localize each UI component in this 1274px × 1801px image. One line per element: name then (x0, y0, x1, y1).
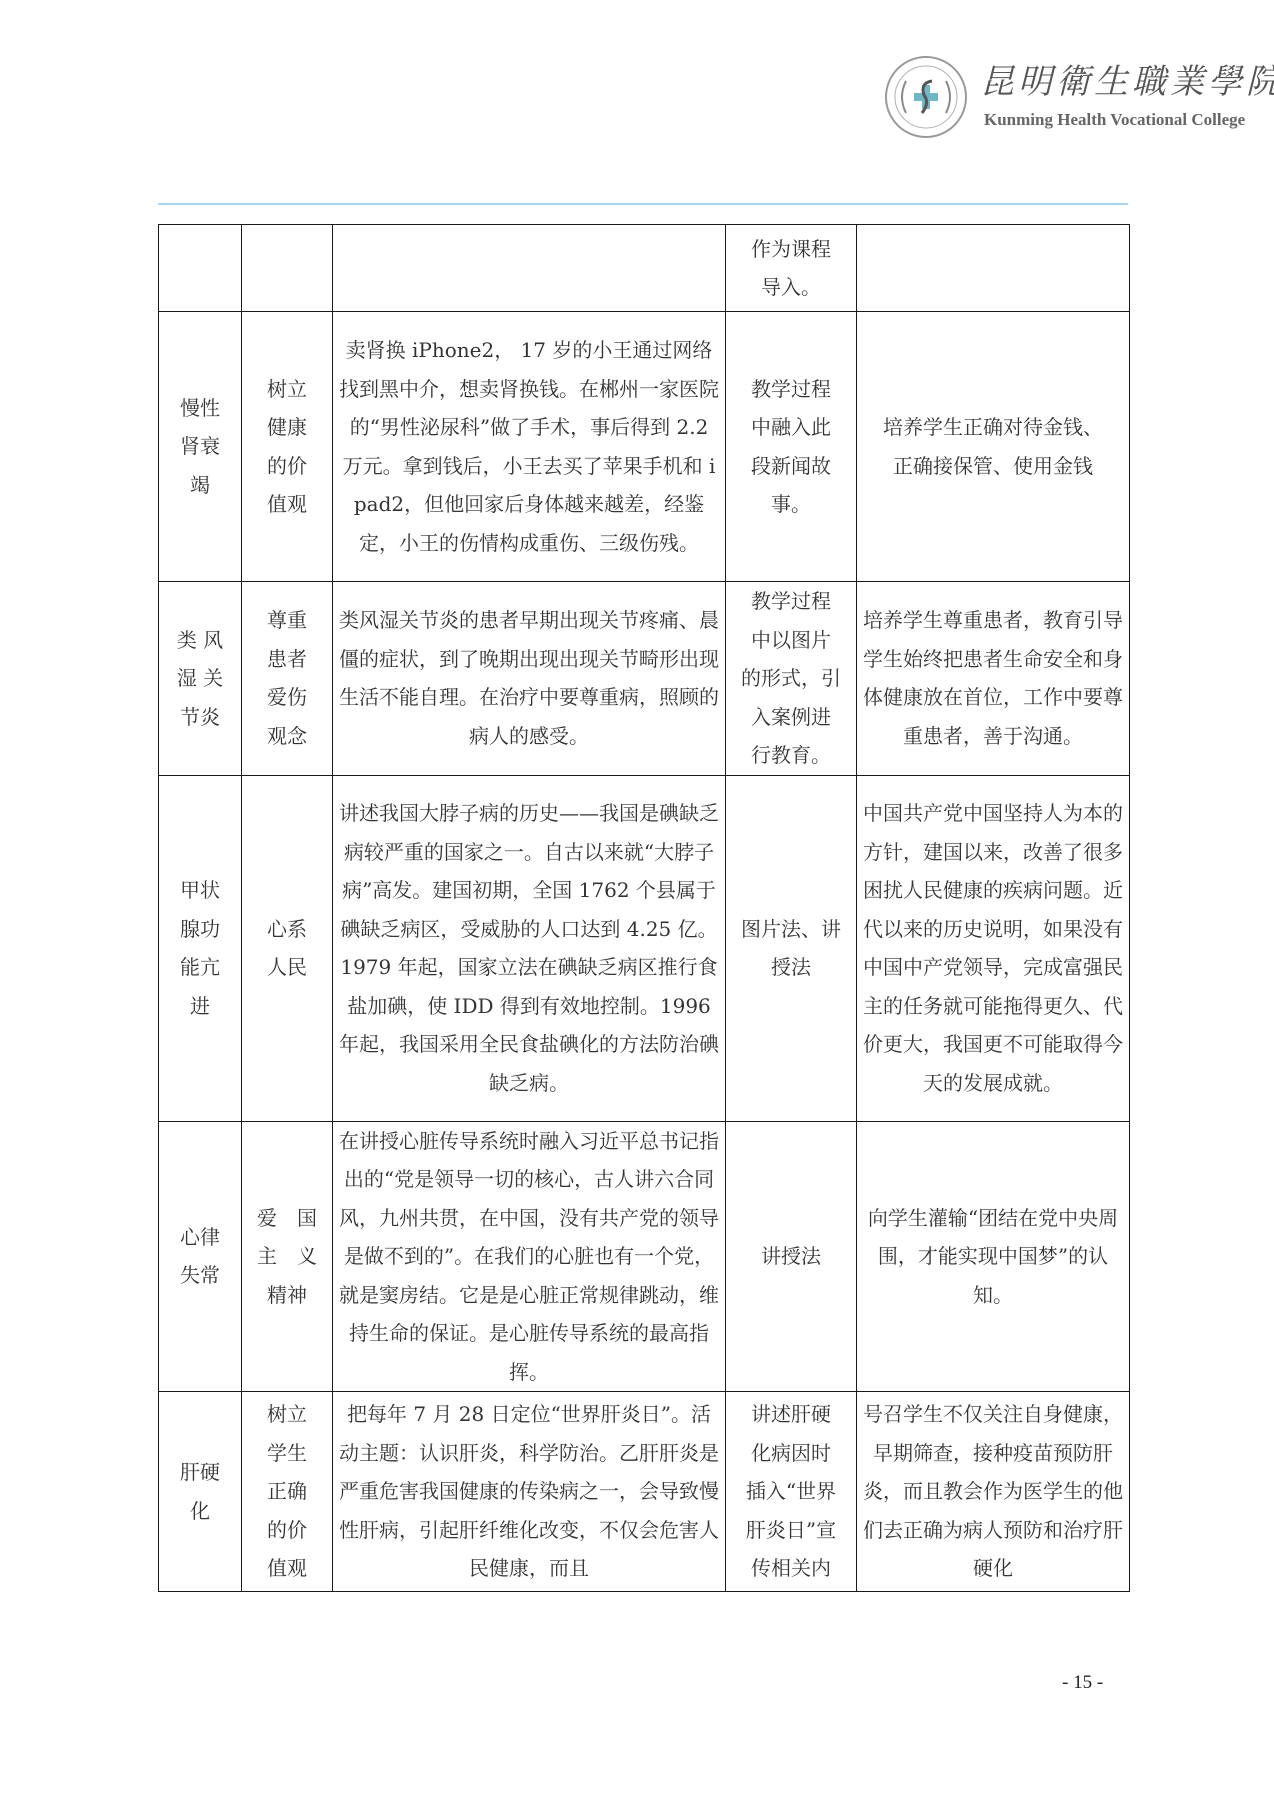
goal-cell: 培养学生尊重患者，教育引导学生始终把患者生命安全和身体健康放在首位，工作中要尊重… (857, 582, 1130, 776)
page-number: - 15 - (1062, 1672, 1103, 1694)
content-cell: 卖肾换 iPhone2， 17 岁的小王通过网络找到黑中介，想卖肾换钱。在郴州一… (333, 312, 726, 582)
element-cell: 树立 健康 的价 值观 (242, 312, 333, 582)
content-cell: 类风湿关节炎的患者早期出现关节疼痛、晨僵的症状，到了晚期出现出现关节畸形出现生活… (333, 582, 726, 776)
method-cell: 教学过程 中融入此 段新闻故 事。 (726, 312, 857, 582)
goal-cell: 培养学生正确对待金钱、 正确接保管、使用金钱 (857, 312, 1130, 582)
table-row: 甲状 腺功 能亢 进 心系 人民 讲述我国大脖子病的历史——我国是碘缺乏病较严重… (159, 775, 1130, 1121)
content-cell: 把每年 7 月 28 日定位“世界肝炎日”。活动主题：认识肝炎，科学防治。乙肝肝… (333, 1392, 726, 1592)
college-name-en: Kunming Health Vocational College (984, 110, 1245, 130)
header-divider (158, 203, 1128, 205)
method-cell: 讲述肝硬 化病因时 插入“世界 肝炎日”宣 传相关内 (726, 1392, 857, 1592)
content-cell: 讲述我国大脖子病的历史——我国是碘缺乏病较严重的国家之一。自古以来就“大脖子病”… (333, 775, 726, 1121)
table-row: 作为课程 导入。 (159, 225, 1130, 312)
disease-cell: 肝硬 化 (159, 1392, 242, 1592)
college-emblem-icon (884, 55, 968, 139)
curriculum-table: 作为课程 导入。 慢性 肾衰 竭 树立 健康 的价 值观 卖肾换 iPhone2… (158, 224, 1130, 1592)
content-cell (333, 225, 726, 312)
college-logo: 昆明衛生職業學院 Kunming Health Vocational Colle… (884, 52, 1264, 142)
element-cell: 尊重 患者 爱伤 观念 (242, 582, 333, 776)
goal-cell: 号召学生不仅关注自身健康，早期筛查，接种疫苗预防肝炎，而且教会作为医学生的他们去… (857, 1392, 1130, 1592)
element-cell: 爱 国 主 义 精神 (242, 1121, 333, 1392)
element-cell: 树立 学生 正确 的价 值观 (242, 1392, 333, 1592)
disease-cell (159, 225, 242, 312)
method-cell: 图片法、讲 授法 (726, 775, 857, 1121)
element-cell: 心系 人民 (242, 775, 333, 1121)
table-row: 慢性 肾衰 竭 树立 健康 的价 值观 卖肾换 iPhone2， 17 岁的小王… (159, 312, 1130, 582)
college-name-cn: 昆明衛生職業學院 (980, 54, 1274, 103)
goal-cell: 向学生灌输“团结在党中央周围，才能实现中国梦”的认知。 (857, 1121, 1130, 1392)
disease-cell: 慢性 肾衰 竭 (159, 312, 242, 582)
disease-cell: 心律 失常 (159, 1121, 242, 1392)
table-row: 肝硬 化 树立 学生 正确 的价 值观 把每年 7 月 28 日定位“世界肝炎日… (159, 1392, 1130, 1592)
method-cell: 讲授法 (726, 1121, 857, 1392)
method-cell: 作为课程 导入。 (726, 225, 857, 312)
disease-cell: 甲状 腺功 能亢 进 (159, 775, 242, 1121)
goal-cell: 中国共产党中国坚持人为本的方针，建国以来，改善了很多困扰人民健康的疾病问题。近代… (857, 775, 1130, 1121)
method-cell: 教学过程 中以图片 的形式，引 入案例进 行教育。 (726, 582, 857, 776)
goal-cell (857, 225, 1130, 312)
element-cell (242, 225, 333, 312)
content-cell: 在讲授心脏传导系统时融入习近平总书记指出的“党是领导一切的核心，古人讲六合同风，… (333, 1121, 726, 1392)
table-row: 类 风 湿 关 节炎 尊重 患者 爱伤 观念 类风湿关节炎的患者早期出现关节疼痛… (159, 582, 1130, 776)
disease-cell: 类 风 湿 关 节炎 (159, 582, 242, 776)
table-row: 心律 失常 爱 国 主 义 精神 在讲授心脏传导系统时融入习近平总书记指出的“党… (159, 1121, 1130, 1392)
